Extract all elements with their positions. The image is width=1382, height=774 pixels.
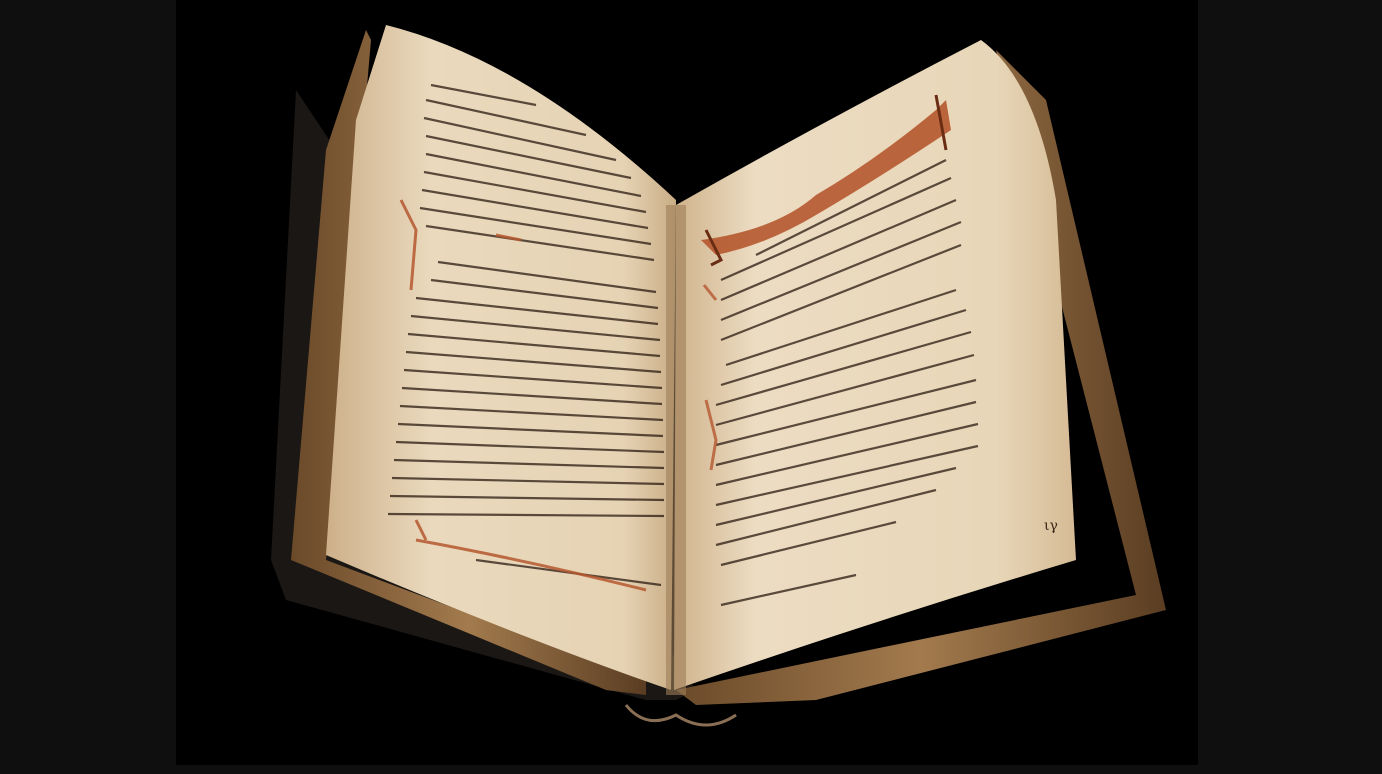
right-page <box>674 40 1076 690</box>
manuscript-photo: ιγ <box>176 0 1198 765</box>
folio-number: ιγ <box>1044 518 1058 534</box>
binding-ties <box>626 705 736 725</box>
open-book-illustration: ιγ <box>176 0 1198 765</box>
